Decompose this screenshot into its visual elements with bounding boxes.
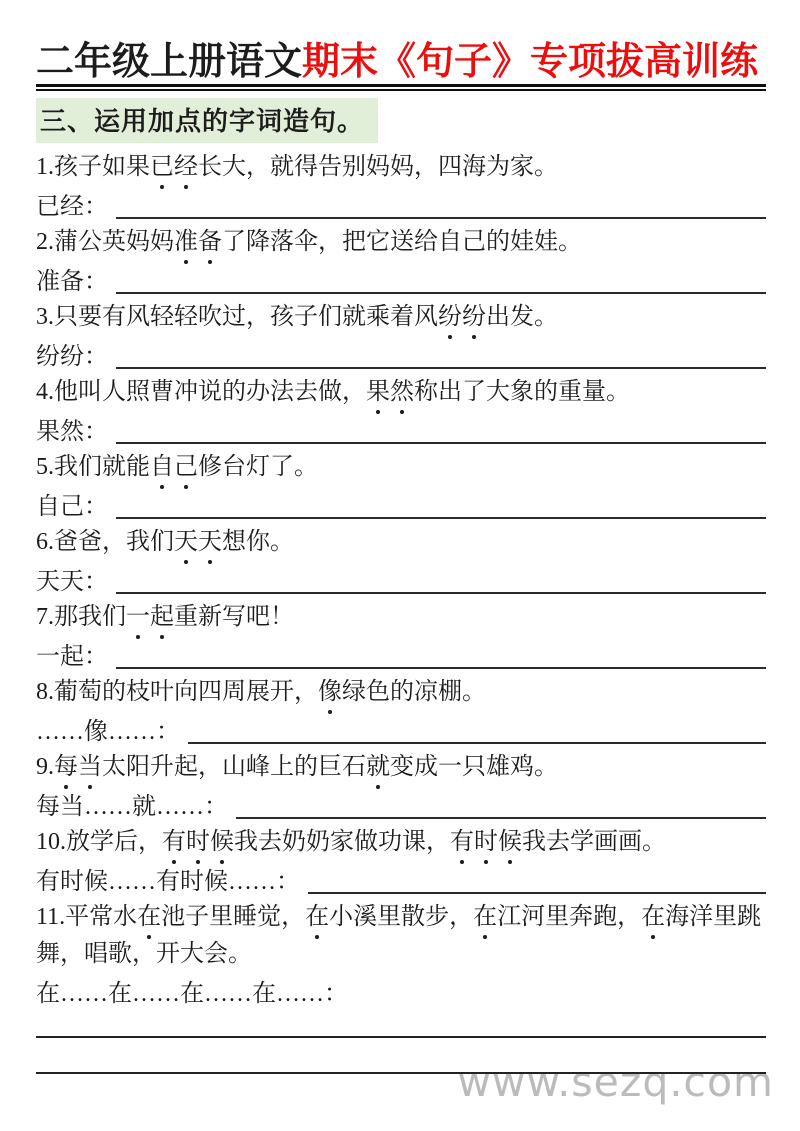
- emphasized-char: 每: [54, 749, 78, 786]
- emphasized-char: 果: [366, 374, 390, 411]
- emphasized-char: 时: [474, 824, 498, 861]
- answer-label: 自己：: [36, 490, 108, 524]
- emphasized-char: 就: [366, 749, 390, 786]
- emphasized-char: 己: [174, 449, 198, 486]
- worksheet-item: 11.平常水在池子里睡觉，在小溪里散步，在江河里奔跑，在海洋里跳舞，唱歌，开大会…: [36, 899, 766, 1011]
- emphasized-char: 有: [162, 824, 186, 861]
- worksheet-item: 2.蒲公英妈妈准备了降落伞，把它送给自己的娃娃。准备：: [36, 224, 766, 299]
- sentence-text: 5.我们就能自己修台灯了。: [36, 449, 766, 486]
- emphasized-char: 当: [78, 749, 102, 786]
- answer-row: 果然：: [36, 411, 766, 449]
- sentence-text: 2.蒲公英妈妈准备了降落伞，把它送给自己的娃娃。: [36, 224, 766, 261]
- answer-label: ……像……：: [36, 715, 180, 749]
- answer-label: 纷纷：: [36, 340, 108, 374]
- emphasized-char: 经: [174, 149, 198, 186]
- title-course-part: 二年级上册语文: [36, 38, 302, 83]
- emphasized-char: 时: [186, 824, 210, 861]
- answer-blank-line-full: [36, 1038, 766, 1074]
- answer-row: ……像……：: [36, 711, 766, 749]
- answer-blank-line: [116, 274, 766, 294]
- emphasized-char: 有: [450, 824, 474, 861]
- emphasized-char: 像: [318, 674, 342, 711]
- sentence-text: 1.孩子如果已经长大，就得告别妈妈，四海为家。: [36, 149, 766, 186]
- answer-blank-line: [116, 199, 766, 219]
- emphasized-char: 候: [210, 824, 234, 861]
- answer-blank-line: [116, 499, 766, 519]
- answer-blank-line: [116, 349, 766, 369]
- answer-blank-line: [116, 424, 766, 444]
- answer-blank-line: [308, 874, 766, 894]
- worksheet-page: 二年级上册语文期末《句子》专项拔高训练 三、运用加点的字词造句。 1.孩子如果已…: [0, 0, 800, 1131]
- emphasized-char: 在: [137, 899, 161, 936]
- answer-label: 有时候……有时候……：: [36, 865, 300, 899]
- answer-lines-area: [36, 1011, 766, 1074]
- answer-row: 有时候……有时候……：: [36, 861, 766, 899]
- sentence-text: 11.平常水在池子里睡觉，在小溪里散步，在江河里奔跑，在海洋里跳舞，唱歌，开大会…: [36, 899, 766, 973]
- answer-blank-line-full: [36, 1011, 766, 1038]
- answer-label: 果然：: [36, 415, 108, 449]
- sentence-text: 7.那我们一起重新写吧！: [36, 599, 766, 636]
- answer-row: 纷纷：: [36, 336, 766, 374]
- emphasized-char: 天: [198, 524, 222, 561]
- sentence-text: 8.葡萄的枝叶向四周展开，像绿色的凉棚。: [36, 674, 766, 711]
- emphasized-char: 纷: [438, 299, 462, 336]
- emphasized-char: 已: [150, 149, 174, 186]
- answer-row: 已经：: [36, 186, 766, 224]
- answer-label: 每当……就……：: [36, 790, 228, 824]
- emphasized-char: 候: [498, 824, 522, 861]
- emphasized-char: 一: [126, 599, 150, 636]
- sentence-text: 9.每当太阳升起，山峰上的巨石就变成一只雄鸡。: [36, 749, 766, 786]
- answer-row: 在……在……在……在……：: [36, 973, 766, 1011]
- answer-row: 天天：: [36, 561, 766, 599]
- answer-row: 自己：: [36, 486, 766, 524]
- emphasized-char: 在: [305, 899, 329, 936]
- answer-row: 准备：: [36, 261, 766, 299]
- title-exam-part: 期末《句子》专项拔高训练: [302, 38, 758, 83]
- answer-blank-line: [116, 574, 766, 594]
- worksheet-item: 1.孩子如果已经长大，就得告别妈妈，四海为家。已经：: [36, 149, 766, 224]
- answer-row: 一起：: [36, 636, 766, 674]
- answer-label: 在……在……在……在……：: [36, 977, 348, 1011]
- worksheet-item: 9.每当太阳升起，山峰上的巨石就变成一只雄鸡。每当……就……：: [36, 749, 766, 824]
- emphasized-char: 起: [150, 599, 174, 636]
- answer-row: 每当……就……：: [36, 786, 766, 824]
- worksheet-item: 8.葡萄的枝叶向四周展开，像绿色的凉棚。……像……：: [36, 674, 766, 749]
- answer-label: 一起：: [36, 640, 108, 674]
- sentence-text: 6.爸爸，我们天天想你。: [36, 524, 766, 561]
- sentence-text: 3.只要有风轻轻吹过，孩子们就乘着风纷纷出发。: [36, 299, 766, 336]
- page-title: 二年级上册语文期末《句子》专项拔高训练: [36, 40, 766, 82]
- answer-blank-line: [116, 649, 766, 669]
- answer-label: 天天：: [36, 565, 108, 599]
- worksheet-item: 5.我们就能自己修台灯了。自己：: [36, 449, 766, 524]
- answer-blank-line: [236, 799, 766, 819]
- emphasized-char: 准: [174, 224, 198, 261]
- worksheet-item: 3.只要有风轻轻吹过，孩子们就乘着风纷纷出发。纷纷：: [36, 299, 766, 374]
- emphasized-char: 自: [150, 449, 174, 486]
- answer-blank-line: [188, 724, 766, 744]
- sentence-text: 4.他叫人照曹冲说的办法去做，果然称出了大象的重量。: [36, 374, 766, 411]
- worksheet-item: 6.爸爸，我们天天想你。天天：: [36, 524, 766, 599]
- section-heading: 三、运用加点的字词造句。: [36, 98, 378, 143]
- answer-label: 已经：: [36, 190, 108, 224]
- worksheet-item: 10.放学后，有时候我去奶奶家做功课，有时候我去学画画。有时候……有时候……：: [36, 824, 766, 899]
- emphasized-char: 然: [390, 374, 414, 411]
- emphasized-char: 在: [473, 899, 497, 936]
- emphasized-char: 备: [198, 224, 222, 261]
- sentence-text: 10.放学后，有时候我去奶奶家做功课，有时候我去学画画。: [36, 824, 766, 861]
- emphasized-char: 天: [174, 524, 198, 561]
- worksheet-item: 4.他叫人照曹冲说的办法去做，果然称出了大象的重量。果然：: [36, 374, 766, 449]
- emphasized-char: 纷: [462, 299, 486, 336]
- answer-label: 准备：: [36, 265, 108, 299]
- worksheet-item: 7.那我们一起重新写吧！一起：: [36, 599, 766, 674]
- title-double-rule: [36, 84, 766, 91]
- exercise-items: 1.孩子如果已经长大，就得告别妈妈，四海为家。已经：2.蒲公英妈妈准备了降落伞，…: [36, 149, 766, 1011]
- emphasized-char: 在: [641, 899, 665, 936]
